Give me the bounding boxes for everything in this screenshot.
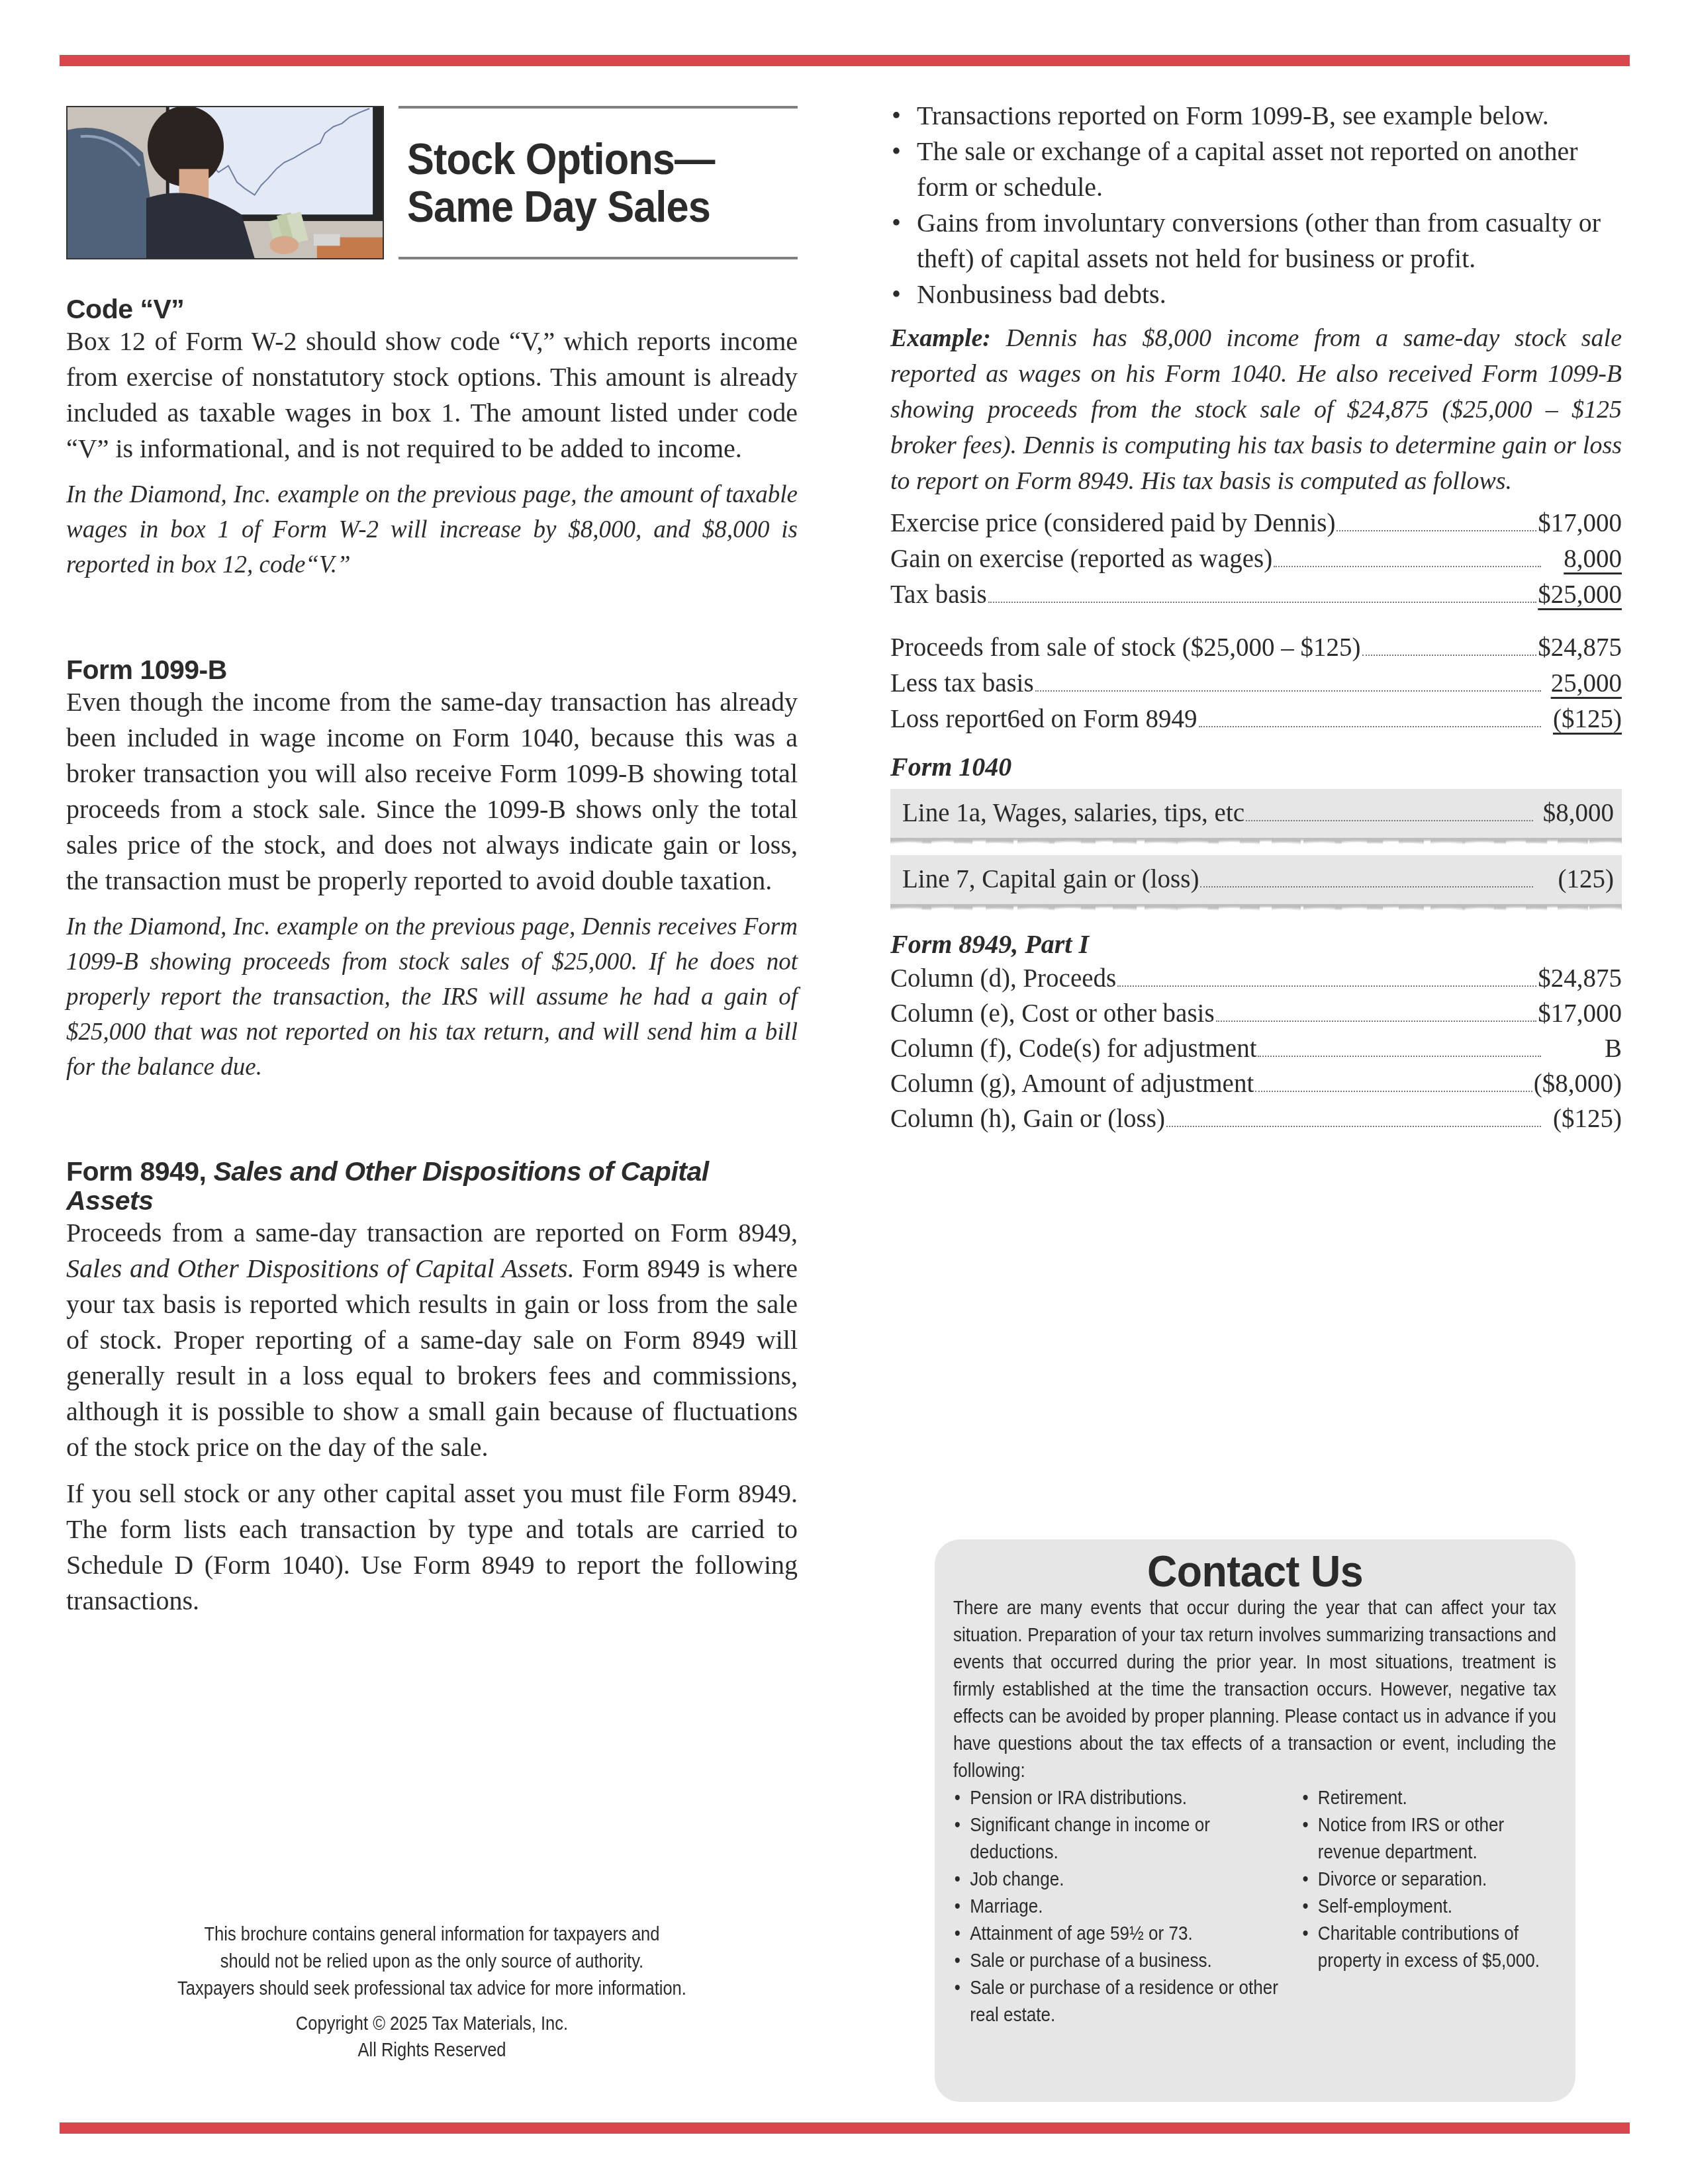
dot-leader: [1199, 726, 1541, 727]
masthead: Stock Options— Same Day Sales: [66, 106, 798, 265]
form-1040-heading: Form 1040: [890, 751, 1622, 784]
list-item: The sale or exchange of a capital asset …: [890, 134, 1622, 205]
form-8949-heading-plain: Form 8949,: [66, 1156, 213, 1187]
form-8949-body-1b: Form 8949 is where your tax basis is rep…: [66, 1253, 798, 1462]
calc-label: Tax basis: [890, 577, 987, 613]
form-8949-part1-heading: Form 8949, Part I: [890, 928, 1622, 961]
basis-calculation: Exercise price (considered paid by Denni…: [890, 506, 1622, 737]
calc-row: Column (e), Cost or other basis$17,000: [890, 996, 1622, 1031]
contact-heading: Contact Us: [968, 1547, 1542, 1595]
list-item: Self-employment.: [1301, 1893, 1556, 1921]
calc-row: Column (g), Amount of adjustment($8,000): [890, 1066, 1622, 1101]
dot-leader: [1216, 1021, 1537, 1022]
list-item: Retirement.: [1301, 1785, 1556, 1812]
code-v-body: Box 12 of Form W-2 should show code “V,”…: [66, 324, 798, 467]
contact-text: There are many events that occur during …: [953, 1595, 1556, 1785]
form-8949-body-1-italic: Sales and Other Dispositions of Capital …: [66, 1253, 575, 1283]
section-form-1099b: Form 1099-B Even though the income from …: [66, 655, 798, 1085]
calc-row: Column (h), Gain or (loss)($125): [890, 1101, 1622, 1136]
list-item: Marriage.: [953, 1893, 1301, 1921]
calc-label: Proceeds from sale of stock ($25,000 – $…: [890, 630, 1361, 666]
contact-events-right: Retirement. Notice from IRS or other rev…: [1301, 1785, 1556, 2029]
calc-value: 8,000: [1542, 541, 1622, 577]
top-accent-bar: [60, 55, 1630, 66]
title-block: Stock Options— Same Day Sales: [399, 106, 798, 259]
dot-leader: [1258, 1056, 1541, 1057]
dot-leader: [1117, 985, 1536, 987]
calc-label: Loss report6ed on Form 8949: [890, 702, 1197, 737]
form-1040-line: Line 7, Capital gain or (loss)(125): [890, 855, 1622, 905]
disclaimer-line: Taxpayers should seek professional tax a…: [110, 1976, 753, 2003]
form-8949-part1: Column (d), Proceeds$24,875 Column (e), …: [890, 961, 1622, 1136]
calc-value: $25,000: [1538, 577, 1622, 613]
calc-label: Column (e), Cost or other basis: [890, 996, 1215, 1031]
calc-row: Proceeds from sale of stock ($25,000 – $…: [890, 630, 1622, 666]
dot-leader: [1255, 1091, 1532, 1092]
list-item: Charitable contributions of property in …: [1301, 1921, 1556, 1975]
calc-value: ($8,000): [1534, 1066, 1622, 1101]
form-1040-line: Line 1a, Wages, salaries, tips, etc$8,00…: [890, 789, 1622, 839]
calc-value: B: [1542, 1031, 1622, 1066]
dot-leader: [1246, 820, 1533, 821]
form-8949-body-1a: Proceeds from a same-day transaction are…: [66, 1218, 798, 1248]
contact-events-left: Pension or IRA distributions. Significan…: [953, 1785, 1301, 2029]
calc-row: Less tax basis25,000: [890, 666, 1622, 702]
list-item: Job change.: [953, 1866, 1301, 1893]
dot-leader: [1362, 655, 1537, 656]
calc-row: Gain on exercise (reported as wages)8,00…: [890, 541, 1622, 577]
page-title: Stock Options— Same Day Sales: [399, 135, 714, 230]
calc-value: (125): [1534, 862, 1614, 897]
calc-row: Exercise price (considered paid by Denni…: [890, 506, 1622, 541]
list-item: Significant change in income or deductio…: [953, 1812, 1301, 1866]
bottom-accent-bar: [60, 2122, 1630, 2134]
calc-value: ($125): [1542, 1101, 1622, 1136]
calc-row: Column (f), Code(s) for adjustmentB: [890, 1031, 1622, 1066]
calc-row: Column (d), Proceeds$24,875: [890, 961, 1622, 996]
dot-leader: [988, 602, 1537, 603]
list-item: Notice from IRS or other revenue departm…: [1301, 1812, 1556, 1866]
section-code-v: Code “V” Box 12 of Form W-2 should show …: [66, 295, 798, 582]
disclaimer-line: should not be relied upon as the only so…: [110, 1948, 753, 1976]
calc-row: Loss report6ed on Form 8949($125): [890, 702, 1622, 737]
dot-leader: [1200, 886, 1533, 887]
calc-label: Column (f), Code(s) for adjustment: [890, 1031, 1256, 1066]
list-item: Gains from involuntary conversions (othe…: [890, 205, 1622, 277]
dot-leader: [1166, 1126, 1541, 1127]
calc-value: ($125): [1542, 702, 1622, 737]
disclaimer-line: This brochure contains general informati…: [110, 1921, 753, 1948]
stock-trader-photo: [66, 106, 384, 259]
code-v-heading: Code “V”: [66, 295, 798, 324]
copyright: Copyright © 2025 Tax Materials, Inc. All…: [110, 2011, 753, 2064]
calc-label: Line 1a, Wages, salaries, tips, etc: [902, 796, 1244, 831]
section-form-8949: Form 8949, Sales and Other Dispositions …: [66, 1157, 798, 1619]
list-item: Nonbusiness bad debts.: [890, 277, 1622, 312]
calc-row: Line 1a, Wages, salaries, tips, etc$8,00…: [902, 796, 1614, 831]
form-1099b-heading: Form 1099-B: [66, 655, 798, 684]
calc-value: $24,875: [1538, 630, 1622, 666]
list-item: Pension or IRA distributions.: [953, 1785, 1301, 1812]
calc-label: Column (h), Gain or (loss): [890, 1101, 1165, 1136]
code-v-example: In the Diamond, Inc. example on the prev…: [66, 477, 798, 582]
page-title-line2: Same Day Sales: [407, 182, 710, 231]
list-item: Transactions reported on Form 1099-B, se…: [890, 98, 1622, 134]
form-8949-heading: Form 8949, Sales and Other Dispositions …: [66, 1157, 798, 1215]
page-title-line1: Stock Options—: [407, 134, 714, 183]
list-item: Sale or purchase of a residence or other…: [953, 1975, 1301, 2029]
calc-value: $8,000: [1534, 796, 1614, 831]
calc-label: Column (g), Amount of adjustment: [890, 1066, 1254, 1101]
calc-label: Less tax basis: [890, 666, 1034, 702]
dot-leader: [1035, 690, 1541, 692]
disclaimer: This brochure contains general informati…: [110, 1921, 753, 2003]
calc-label: Gain on exercise (reported as wages): [890, 541, 1272, 577]
example-text: Dennis has $8,000 income from a same-day…: [890, 324, 1622, 495]
contact-events-columns: Pension or IRA distributions. Significan…: [953, 1785, 1556, 2029]
left-column: Stock Options— Same Day Sales Code “V” B…: [66, 106, 798, 265]
example-label: Example:: [890, 324, 991, 352]
copyright-line: Copyright © 2025 Tax Materials, Inc.: [110, 2011, 753, 2037]
calc-value: $17,000: [1538, 506, 1622, 541]
form-8949-body-2: If you sell stock or any other capital a…: [66, 1476, 798, 1619]
form-1099b-example: In the Diamond, Inc. example on the prev…: [66, 909, 798, 1085]
photo-illustration-icon: [68, 107, 383, 258]
calc-value: $17,000: [1538, 996, 1622, 1031]
right-column: Transactions reported on Form 1099-B, se…: [890, 98, 1622, 1136]
calc-value: $24,875: [1538, 961, 1622, 996]
transactions-list: Transactions reported on Form 1099-B, se…: [890, 98, 1622, 312]
calc-value: 25,000: [1542, 666, 1622, 702]
calc-label: Line 7, Capital gain or (loss): [902, 862, 1199, 897]
calc-label: Column (d), Proceeds: [890, 961, 1116, 996]
example-paragraph: Example: Dennis has $8,000 income from a…: [890, 320, 1622, 499]
calc-row: Tax basis$25,000: [890, 577, 1622, 613]
form-8949-body-1: Proceeds from a same-day transaction are…: [66, 1215, 798, 1465]
contact-us-box: Contact Us There are many events that oc…: [935, 1539, 1575, 2102]
list-item: Attainment of age 59½ or 73.: [953, 1921, 1301, 1948]
dot-leader: [1336, 530, 1536, 531]
calc-label: Exercise price (considered paid by Denni…: [890, 506, 1335, 541]
form-1099b-body: Even though the income from the same-day…: [66, 684, 798, 899]
rights-line: All Rights Reserved: [110, 2037, 753, 2064]
list-item: Divorce or separation.: [1301, 1866, 1556, 1893]
list-item: Sale or purchase of a business.: [953, 1948, 1301, 1975]
calc-row: Line 7, Capital gain or (loss)(125): [902, 862, 1614, 897]
dot-leader: [1274, 566, 1541, 567]
